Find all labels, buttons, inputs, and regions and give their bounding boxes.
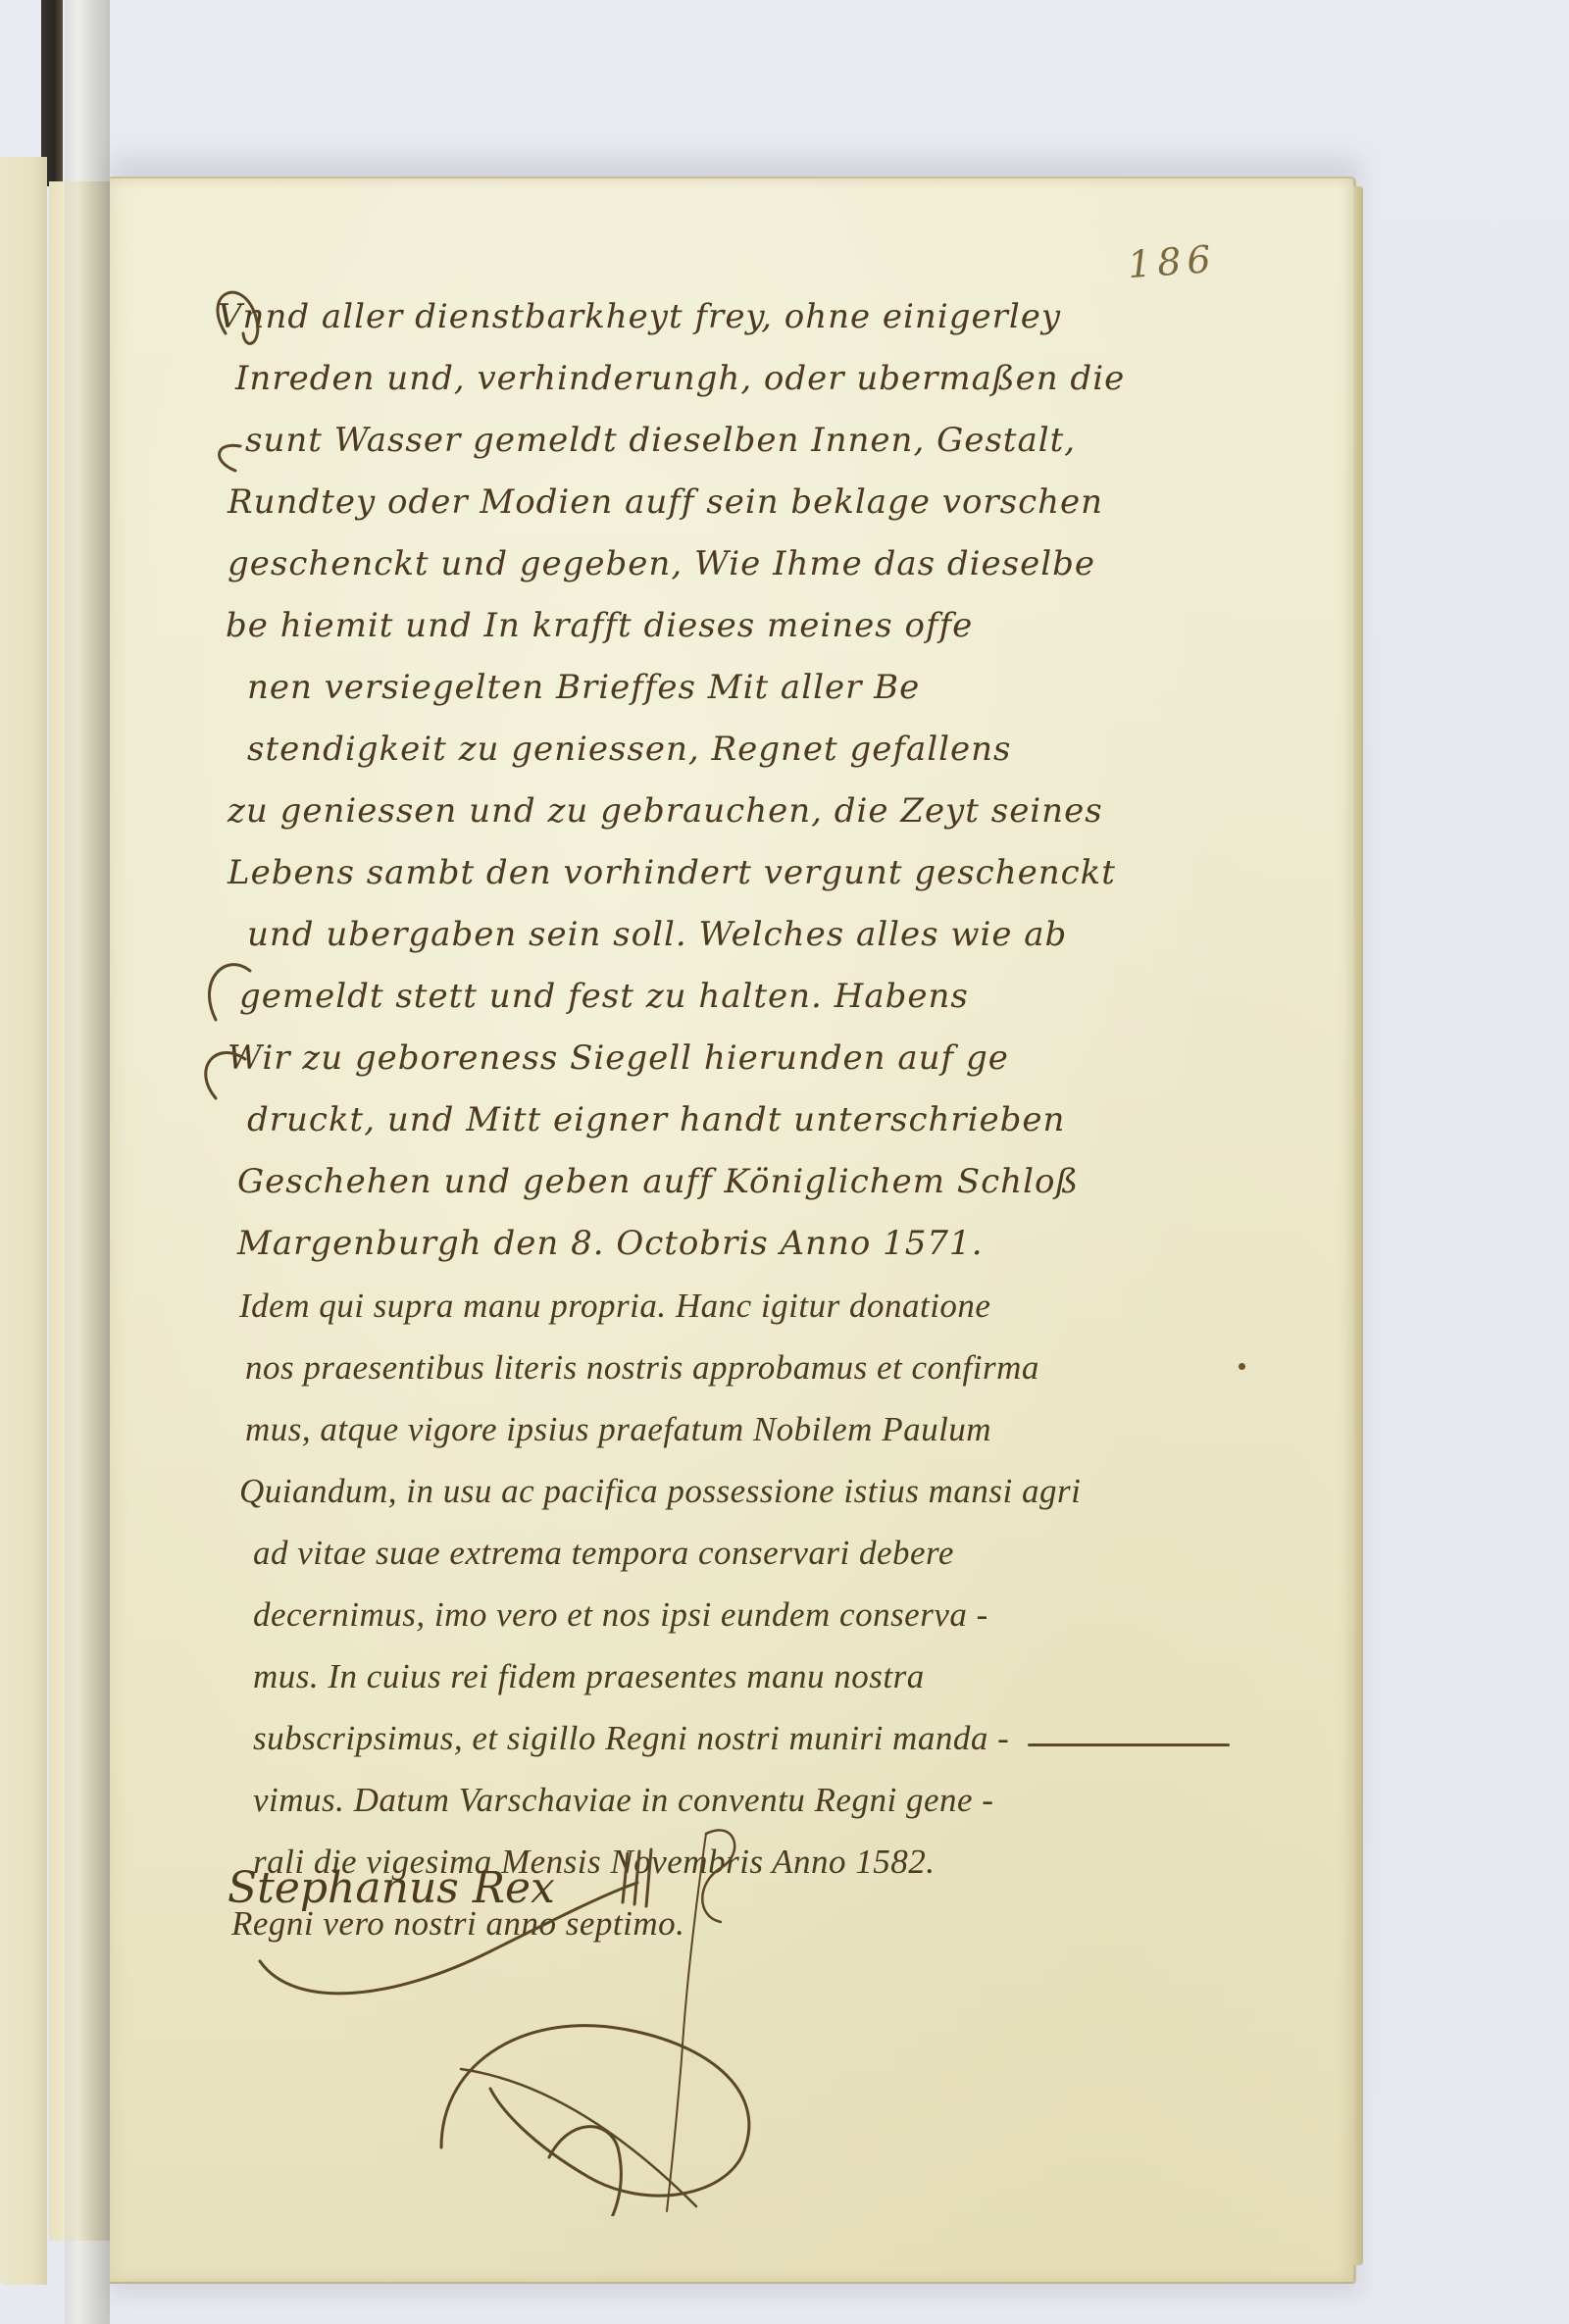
german-line: geschenckt und gegeben, Wie Ihme das die… [218, 533, 1257, 595]
latin-line: mus, atque vigore ipsius praefatum Nobil… [218, 1398, 1257, 1460]
german-line: Lebens sambt den vorhindert vergunt gesc… [218, 842, 1257, 904]
latin-line: decernimus, imo vero et nos ipsi eundem … [218, 1584, 1257, 1645]
latin-line: mus. In cuius rei fidem praesentes manu … [218, 1645, 1257, 1707]
manuscript-scan: 186 Vnnd aller dienstbarkheyt frey, ohne… [0, 0, 1569, 2324]
german-line: Inreden und, verhinderungh, oder ubermaß… [218, 348, 1257, 410]
german-line: Wir zu geboreness Siegell hierunden auf … [218, 1028, 1257, 1089]
latin-line: vimus. Datum Varschaviae in conventu Reg… [218, 1769, 1257, 1831]
manuscript-text: Vnnd aller dienstbarkheyt frey, ohne ein… [218, 286, 1257, 1954]
german-line: stendigkeit zu geniessen, Regnet gefalle… [218, 719, 1257, 781]
german-line: Vnnd aller dienstbarkheyt frey, ohne ein… [218, 286, 1257, 348]
german-line: Geschehen und geben auff Königlichem Sch… [218, 1151, 1257, 1213]
german-line: und ubergaben sein soll. Welches alles w… [218, 904, 1257, 966]
latin-line: ad vitae suae extrema tempora conservari… [218, 1522, 1257, 1584]
german-line: sunt Wasser gemeldt dieselben Innen, Ges… [218, 410, 1257, 472]
initial-flourishes [196, 275, 314, 1157]
german-line: druckt, und Mitt eigner handt unterschri… [218, 1089, 1257, 1151]
german-line: nen versiegelten Brieffes Mit aller Be [218, 657, 1257, 719]
date-underline [1028, 1743, 1230, 1746]
german-line: be hiemit und In krafft dieses meines of… [218, 595, 1257, 657]
german-line: gemeldt stett und fest zu halten. Habens [218, 966, 1257, 1028]
signature-flourish [235, 1824, 922, 2216]
facing-page-edge [0, 157, 47, 2285]
german-line: zu geniessen und zu gebrauchen, die Zeyt… [218, 781, 1257, 842]
german-line-dated: Margenburgh den 8. Octobris Anno 1571. [218, 1213, 1257, 1275]
folio-number: 186 [1127, 237, 1218, 286]
glass-holder-rod [65, 0, 110, 2324]
german-line: Rundtey oder Modien auff sein beklage vo… [218, 472, 1257, 533]
latin-line: subscripsimus, et sigillo Regni nostri m… [218, 1707, 1257, 1769]
latin-line: Quiandum, in usu ac pacifica possessione… [218, 1460, 1257, 1522]
page-stack-edge [1353, 186, 1363, 2265]
latin-line: Idem qui supra manu propria. Hanc igitur… [218, 1275, 1257, 1337]
ink-dot [1239, 1363, 1245, 1370]
latin-line: nos praesentibus literis nostris approba… [218, 1337, 1257, 1398]
